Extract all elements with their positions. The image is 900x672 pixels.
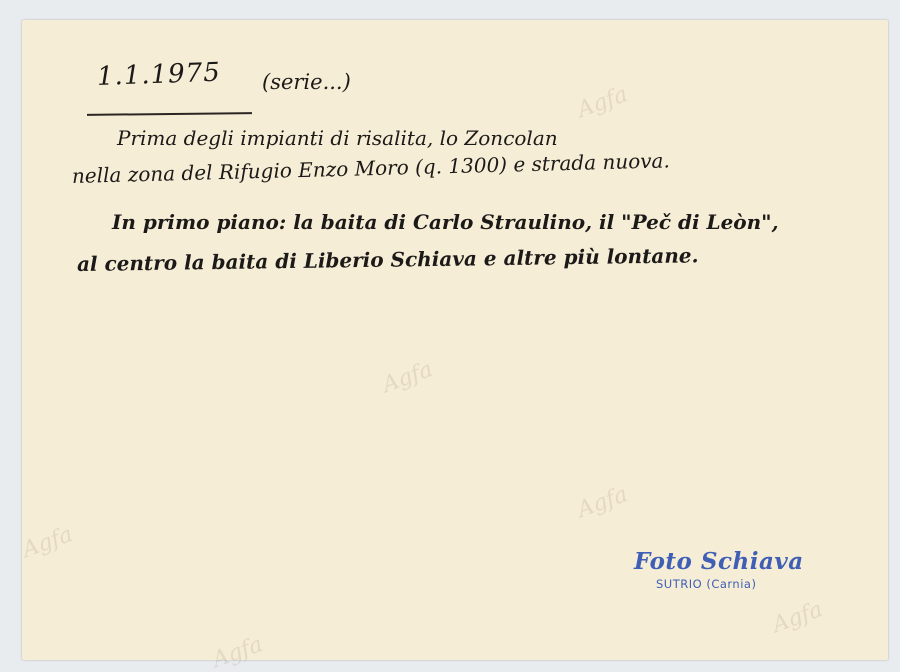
handwritten-date: 1.1.1975 [96,58,221,92]
photographer-stamp: Foto Schiava SUTRIO (Carnia) [634,548,804,591]
series-note: (serie...) [262,70,351,94]
date-underline [87,112,252,116]
agfa-watermark: Agfa [379,357,436,398]
agfa-watermark: Agfa [574,82,631,123]
agfa-watermark: Agfa [209,632,266,672]
caption-line-3: In primo piano: la baita di Carlo Straul… [112,210,779,234]
agfa-watermark: Agfa [769,597,826,638]
caption-line-2: nella zona del Rifugio Enzo Moro (q. 130… [72,148,670,188]
photo-back-card: 1.1.1975 (serie...) Prima degli impianti… [22,20,888,660]
agfa-watermark: Agfa [574,482,631,523]
caption-line-4: al centro la baita di Liberio Schiava e … [77,243,699,276]
stamp-name: Foto Schiava [634,548,804,575]
agfa-watermark: Agfa [19,522,76,563]
stamp-place: SUTRIO (Carnia) [656,577,804,591]
caption-line-1: Prima degli impianti di risalita, lo Zon… [117,126,558,150]
